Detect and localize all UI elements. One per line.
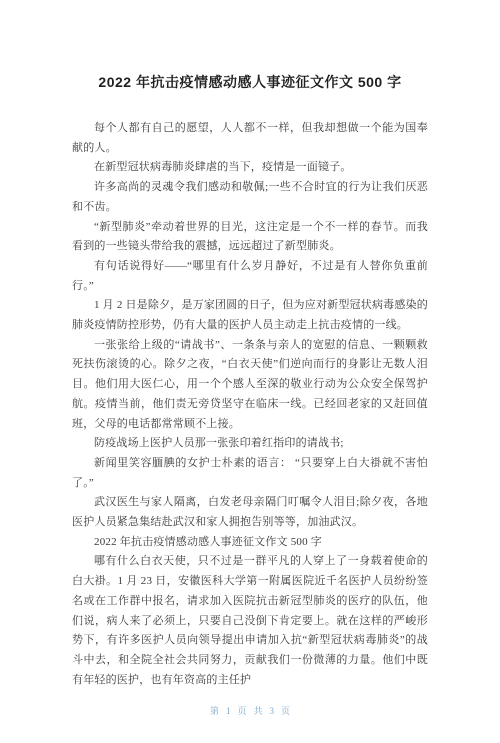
footer-page-word: 页 <box>281 704 290 717</box>
total-pages-number: 3 <box>270 706 275 716</box>
page-title: 2022 年抗击疫情感动感人事迹征文作文 500 字 <box>72 0 428 92</box>
paragraph: 有句话说得好——“哪里有什么岁月静好，不过是有人替你负重前行。” <box>72 257 428 296</box>
footer-page-word: 页 <box>237 704 246 717</box>
paragraph: “新型肺炎”牵动着世界的目光，这注定是一个不一样的春节。而我看到的一些镜头带给我… <box>72 218 428 257</box>
paragraph: 武汉医生与家人隔离，白发老母亲隔门叮嘱令人泪目;除夕夜，各地医护人员紧急集结赴武… <box>72 493 428 532</box>
paragraph: 哪有什么白衣天使，只不过是一群平凡的人穿上了一身载着使命的白大褂。1 月 23 … <box>72 552 428 690</box>
paragraph: 一张张给上级的“请战书”、一条条与亲人的宽慰的信息、一颗颗救死扶伤滚烫的心。除夕… <box>72 336 428 435</box>
paragraph: 许多高尚的灵魂令我们感动和敬佩;一些不合时宜的行为让我们厌恶和不齿。 <box>72 178 428 217</box>
page-footer: 第 1 页 共 3 页 <box>72 704 428 743</box>
document-page: 2022 年抗击疫情感动感人事迹征文作文 500 字 每个人都有自己的愿望，人人… <box>0 0 500 743</box>
footer-total-word: 共 <box>254 704 263 717</box>
paragraph: 1 月 2 日是除夕，是万家团圆的日子，但为应对新型冠状病毒感染的肺炎疫情防控形… <box>72 296 428 335</box>
paragraph: 2022 年抗击疫情感动感人事迹征文作文 500 字 <box>72 533 428 553</box>
document-body: 每个人都有自己的愿望，人人都不一样，但我却想做一个能为国奉献的人。 在新型冠状病… <box>72 119 428 690</box>
current-page-number: 1 <box>226 706 231 716</box>
paragraph: 防疫战场上医护人员那一张张印着红指印的请战书; <box>72 434 428 454</box>
footer-page-word: 第 <box>210 704 219 717</box>
paragraph: 在新型冠状病毒肺炎肆虐的当下，疫情是一面镜子。 <box>72 158 428 178</box>
paragraph: 新闻里笑容腼腆的女护士朴素的语言： “只要穿上白大褂就不害怕了。” <box>72 454 428 493</box>
paragraph: 每个人都有自己的愿望，人人都不一样，但我却想做一个能为国奉献的人。 <box>72 119 428 158</box>
